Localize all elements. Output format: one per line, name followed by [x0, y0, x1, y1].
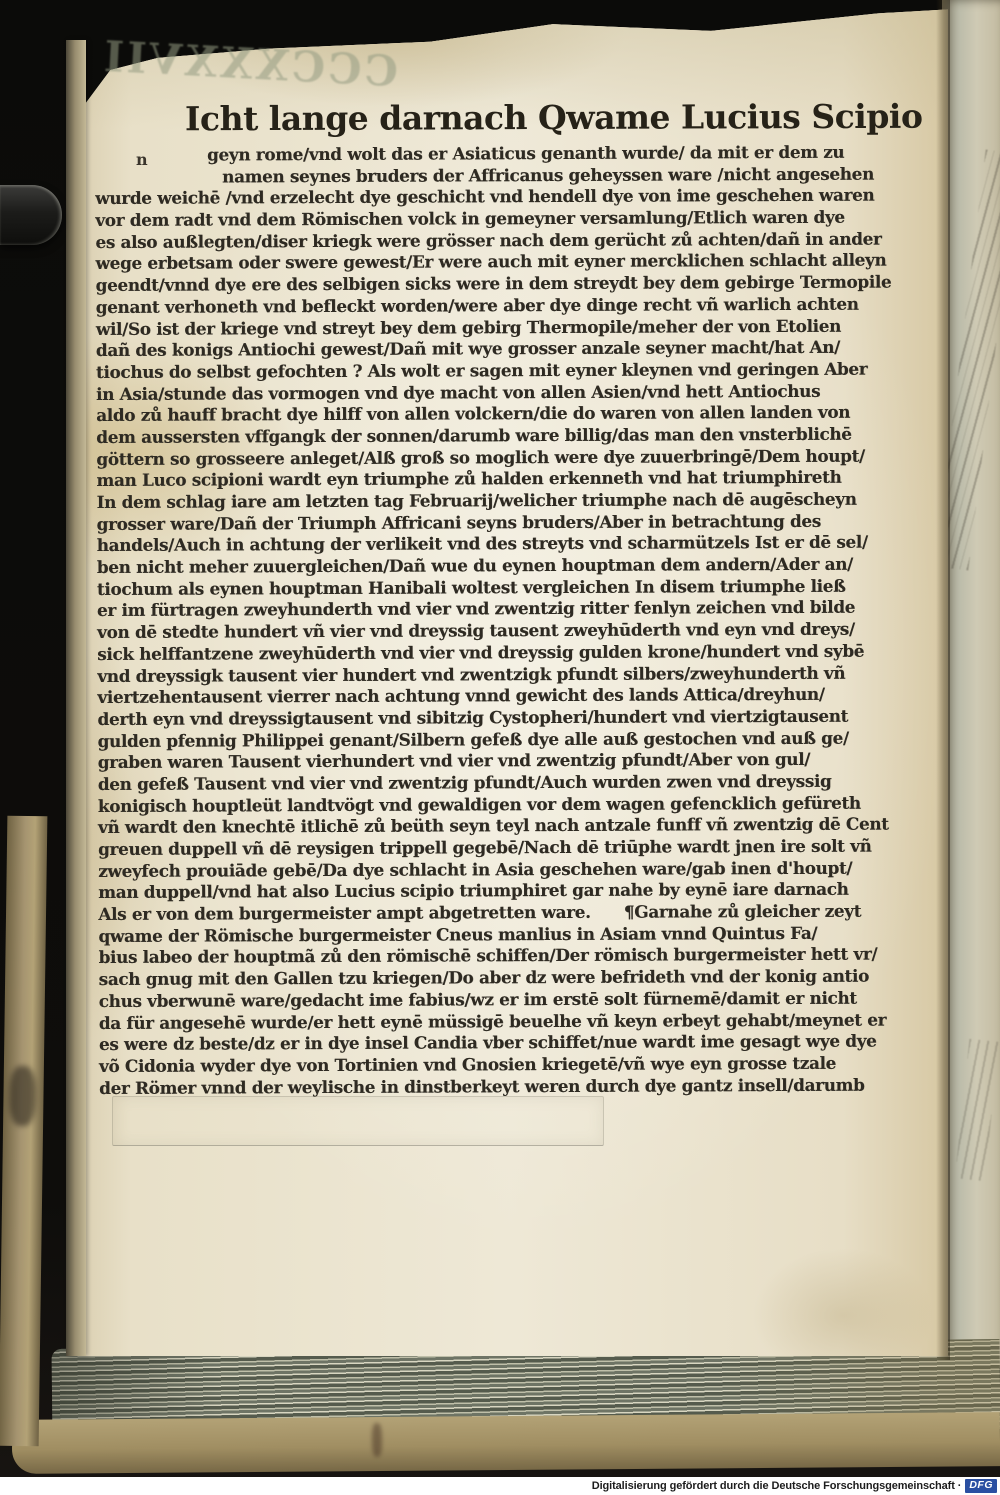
body-text: geyn rome/vnd wolt das er Asiaticus gena… — [95, 142, 859, 1100]
next-page-fore-edge — [942, 0, 1000, 1368]
cover-stain — [372, 1423, 382, 1457]
book-cover-left-edge — [0, 816, 47, 1446]
showthrough-script-texture — [955, 1039, 999, 1181]
page-gutter-edge — [66, 40, 86, 1356]
chapter-heading: Icht lange darnach Qwame Lucius Scipio — [185, 97, 923, 139]
book-holding-strap — [0, 185, 62, 245]
blind-impression — [112, 1096, 604, 1146]
digitized-book-photo: CCCXXXVII Icht lange darnach Qwame Luciu… — [0, 0, 1000, 1495]
clasp-mark — [9, 1066, 36, 1126]
credit-text: Digitalisierung gefördert durch die Deut… — [592, 1480, 962, 1492]
page-fold-shadow — [936, 0, 950, 1360]
credit-bar: Digitalisierung gefördert durch die Deut… — [0, 1477, 1000, 1495]
dfg-logo: DFG — [965, 1479, 997, 1493]
book-cover-bottom-edge — [12, 1412, 1000, 1474]
